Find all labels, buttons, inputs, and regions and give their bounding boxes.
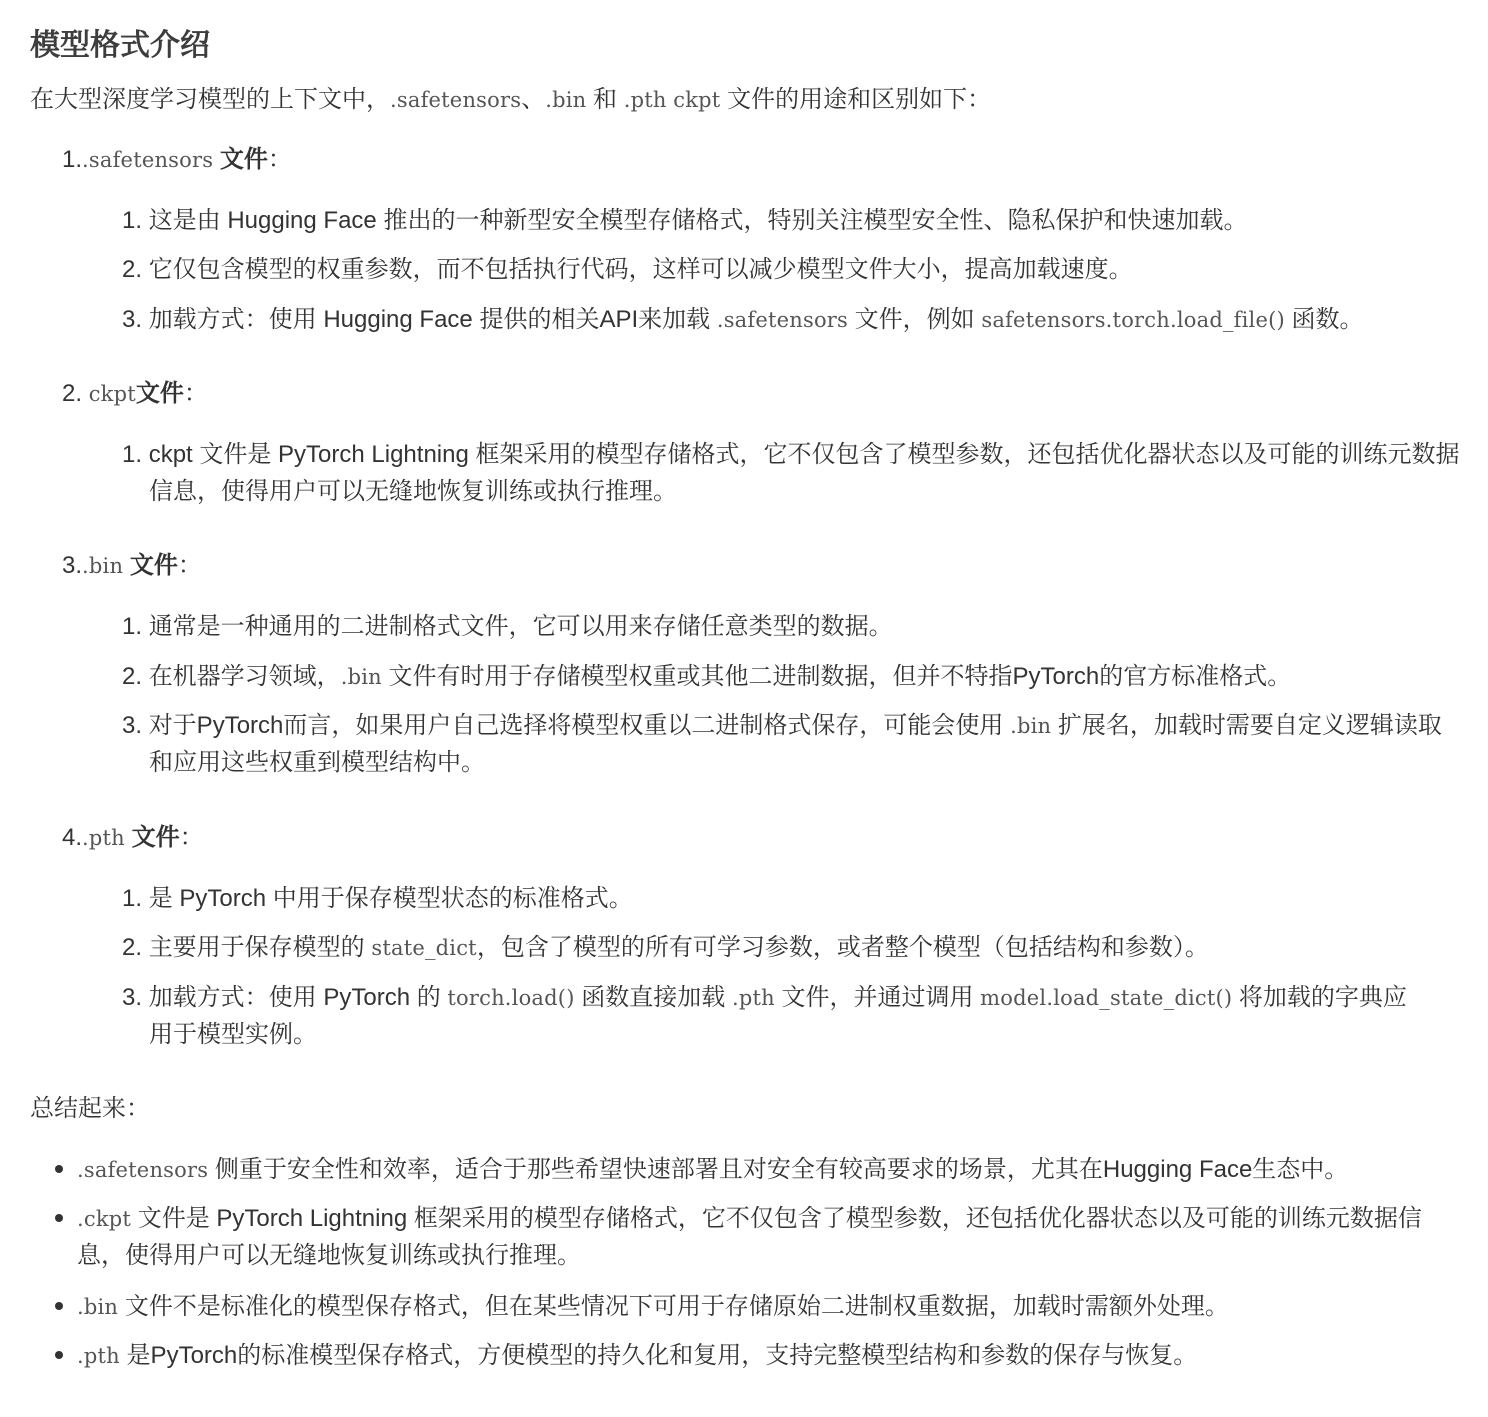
- inline-code: .bin: [341, 665, 382, 689]
- colon: ：: [268, 146, 292, 173]
- bullet-text: 息，使得用户可以无缝地恢复训练或执行推理。: [77, 1242, 581, 1269]
- list-number: 1.: [122, 613, 142, 640]
- bullet-text: 文件是 PyTorch Lightning 框架采用的模型存储格式，它不仅包含了…: [131, 1205, 1422, 1232]
- inline-code: .safetensors: [717, 308, 848, 332]
- item-text: 通常是一种通用的二进制格式文件，它可以用来存储任意类型的数据。: [149, 613, 893, 640]
- code-bin: .bin: [545, 88, 586, 112]
- item-text: 文件，例如: [848, 306, 981, 333]
- section-label: 文件: [130, 552, 178, 579]
- item-text: 函数直接加载: [575, 984, 732, 1011]
- list-item-continuation: 用于模型实例。: [149, 1017, 317, 1053]
- list-number: 4.: [62, 824, 82, 851]
- item-text: 主要用于保存模型的: [149, 934, 372, 961]
- list-number: 3.: [122, 984, 142, 1011]
- section-code: .bin: [82, 554, 123, 578]
- bullet-icon: [55, 1214, 63, 1222]
- bullet-icon: [55, 1351, 63, 1359]
- list-number: 3.: [62, 552, 82, 579]
- list-number: 2.: [122, 256, 142, 283]
- list-item: 2. 在机器学习领域，.bin 文件有时用于存储模型权重或其他二进制数据，但并不…: [122, 659, 1291, 695]
- summary-bullet: .safetensors 侧重于安全性和效率，适合于那些希望快速部署且对安全有较…: [55, 1152, 1348, 1188]
- item-text: 函数。: [1285, 306, 1364, 333]
- item-text: ，包含了模型的所有可学习参数，或者整个模型（包括结构和参数）。: [477, 934, 1209, 961]
- section-code: .pth: [82, 826, 125, 850]
- list-number: 2.: [62, 380, 82, 407]
- item-text: 和应用这些权重到模型结构中。: [149, 749, 485, 776]
- item-text: 文件，并通过调用: [775, 984, 980, 1011]
- section-heading-pth: 4..pth 文件：: [62, 820, 204, 856]
- list-item: 3. 加载方式：使用 PyTorch 的 torch.load() 函数直接加载…: [122, 980, 1407, 1016]
- inline-code: .pth: [77, 1344, 120, 1368]
- colon: ：: [180, 824, 204, 851]
- item-text: 将加载的字典应: [1232, 984, 1407, 1011]
- list-item: 1. 这是由 Hugging Face 推出的一种新型安全模型存储格式，特别关注…: [122, 203, 1247, 239]
- intro-suffix: 文件的用途和区别如下：: [720, 86, 991, 113]
- section-label: 文件: [132, 824, 180, 851]
- inline-code: .ckpt: [77, 1207, 131, 1231]
- item-text: 加载方式：使用 Hugging Face 提供的相关API来加载: [149, 306, 717, 333]
- inline-code: model.load_state_dict(): [980, 986, 1232, 1010]
- code-safetensors: .safetensors: [390, 88, 521, 112]
- intro-paragraph: 在大型深度学习模型的上下文中，.safetensors、.bin 和 .pth …: [30, 82, 991, 118]
- item-text: 对于PyTorch而言，如果用户自己选择将模型权重以二进制格式保存，可能会使用: [149, 712, 1010, 739]
- inline-code: .safetensors: [77, 1158, 208, 1182]
- item-text: 这是由 Hugging Face 推出的一种新型安全模型存储格式，特别关注模型安…: [149, 207, 1248, 234]
- summary-bullet: .bin 文件不是标准化的模型保存格式，但在某些情况下可用于存储原始二进制权重数…: [55, 1289, 1229, 1325]
- inline-code: .pth: [732, 986, 775, 1010]
- item-text: 文件有时用于存储模型权重或其他二进制数据，但并不特指PyTorch的官方标准格式…: [382, 663, 1291, 690]
- list-number: 1.: [62, 146, 82, 173]
- bullet-icon: [55, 1165, 63, 1173]
- section-code: ckpt: [89, 382, 136, 406]
- list-number: 2.: [122, 934, 142, 961]
- list-item-continuation: 和应用这些权重到模型结构中。: [149, 745, 485, 781]
- list-number: 3.: [122, 306, 142, 333]
- list-item: 2. 它仅包含模型的权重参数，而不包括执行代码，这样可以减少模型文件大小，提高加…: [122, 252, 1133, 288]
- inline-code: torch.load(): [447, 986, 574, 1010]
- inline-code: .bin: [77, 1295, 118, 1319]
- code-ckpt: ckpt: [673, 88, 720, 112]
- section-heading-safetensors: 1..safetensors 文件：: [62, 142, 292, 178]
- bullet-text: 文件不是标准化的模型保存格式，但在某些情况下可用于存储原始二进制权重数据，加载时…: [118, 1293, 1229, 1320]
- inline-code: safetensors.torch.load_file(): [981, 308, 1285, 332]
- list-item: 2. 主要用于保存模型的 state_dict，包含了模型的所有可学习参数，或者…: [122, 930, 1209, 966]
- list-number: 1.: [122, 207, 142, 234]
- list-item: 3. 对于PyTorch而言，如果用户自己选择将模型权重以二进制格式保存，可能会…: [122, 708, 1442, 744]
- separator: 、: [521, 86, 545, 113]
- section-label: 文件: [136, 380, 184, 407]
- intro-text: 在大型深度学习模型的上下文中，: [30, 86, 390, 113]
- bullet-text: 侧重于安全性和效率，适合于那些希望快速部署且对安全有较高要求的场景，尤其在Hug…: [208, 1156, 1348, 1183]
- colon: ：: [184, 380, 208, 407]
- list-item-continuation: 信息，使得用户可以无缝地恢复训练或执行推理。: [149, 474, 677, 510]
- list-number: 3.: [122, 712, 142, 739]
- summary-bullet: .pth 是PyTorch的标准模型保存格式，方便模型的持久化和复用，支持完整模…: [55, 1338, 1197, 1374]
- code-pth: .pth: [624, 88, 667, 112]
- list-item: 1. 是 PyTorch 中用于保存模型状态的标准格式。: [122, 881, 633, 917]
- section-code: .safetensors: [82, 148, 213, 172]
- bullet-icon: [55, 1302, 63, 1310]
- section-heading-ckpt: 2. ckpt文件：: [62, 376, 208, 412]
- page-title: 模型格式介绍: [30, 26, 210, 66]
- item-text: ckpt 文件是 PyTorch Lightning 框架采用的模型存储格式，它…: [149, 441, 1460, 468]
- list-item: 1. ckpt 文件是 PyTorch Lightning 框架采用的模型存储格…: [122, 437, 1460, 473]
- inline-code: .bin: [1010, 714, 1051, 738]
- list-number: 1.: [122, 441, 142, 468]
- item-text: 是 PyTorch 中用于保存模型状态的标准格式。: [149, 885, 633, 912]
- inline-code: state_dict: [371, 936, 476, 960]
- summary-bullet: .ckpt 文件是 PyTorch Lightning 框架采用的模型存储格式，…: [55, 1201, 1422, 1237]
- list-item: 1. 通常是一种通用的二进制格式文件，它可以用来存储任意类型的数据。: [122, 609, 893, 645]
- section-label: 文件: [220, 146, 268, 173]
- section-heading-bin: 3..bin 文件：: [62, 548, 202, 584]
- conjunction: 和: [586, 86, 623, 113]
- item-text: 在机器学习领域，: [149, 663, 341, 690]
- item-text: 用于模型实例。: [149, 1021, 317, 1048]
- item-text: 加载方式：使用 PyTorch 的: [149, 984, 448, 1011]
- item-text: 信息，使得用户可以无缝地恢复训练或执行推理。: [149, 478, 677, 505]
- bullet-text: 是PyTorch的标准模型保存格式，方便模型的持久化和复用，支持完整模型结构和参…: [120, 1342, 1197, 1369]
- list-number: 2.: [122, 663, 142, 690]
- list-number: 1.: [122, 885, 142, 912]
- item-text: 扩展名，加载时需要自定义逻辑读取: [1051, 712, 1442, 739]
- summary-bullet-continuation: 息，使得用户可以无缝地恢复训练或执行推理。: [77, 1238, 581, 1274]
- colon: ：: [178, 552, 202, 579]
- list-item: 3. 加载方式：使用 Hugging Face 提供的相关API来加载 .saf…: [122, 302, 1364, 338]
- item-text: 它仅包含模型的权重参数，而不包括执行代码，这样可以减少模型文件大小，提高加载速度…: [149, 256, 1133, 283]
- summary-heading: 总结起来：: [30, 1091, 150, 1127]
